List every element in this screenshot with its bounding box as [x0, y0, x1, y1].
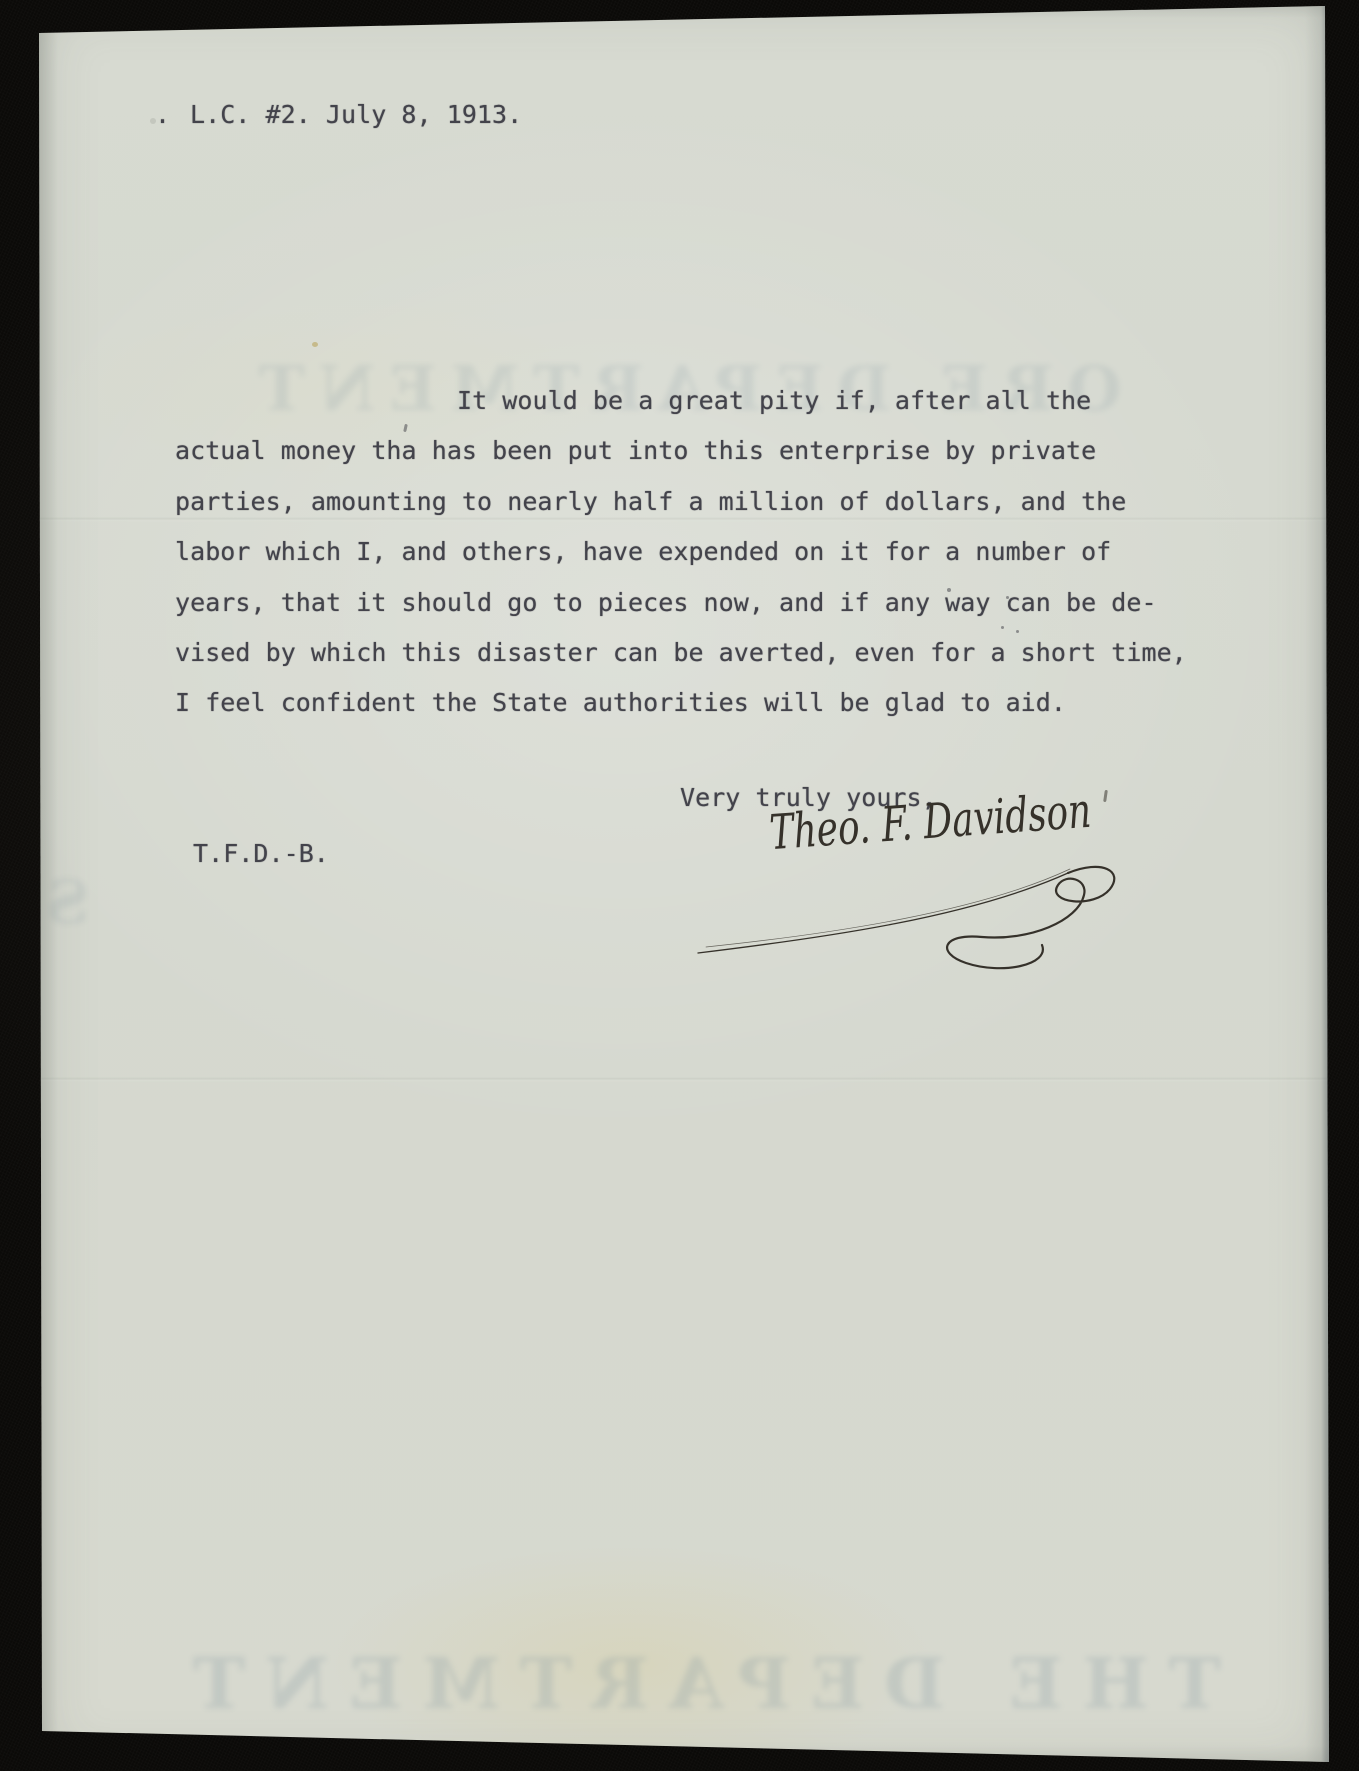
body-line-1: It would be a great pity if, after all t…	[175, 376, 1187, 426]
body-line-5: years, that it should go to pieces now, …	[175, 578, 1187, 628]
photo-backdrop: ORE DEPARTMENT THE DEPARTMENT S . L.C. #…	[0, 0, 1359, 1771]
ink-speck	[1016, 630, 1019, 633]
body-line-4: labor which I, and others, have expended…	[175, 527, 1187, 577]
paper-edge-shading	[38, 0, 1329, 1771]
reference-dot: .	[155, 100, 170, 130]
ink-speck	[1001, 626, 1004, 629]
paper-dimple	[150, 118, 156, 124]
ink-speck	[1006, 596, 1009, 599]
body-line-7: I feel confident the State authorities w…	[175, 678, 1187, 728]
body-line-2: actual money tha has been put into this …	[175, 426, 1187, 476]
bleedthrough-mark-side: S	[46, 868, 89, 938]
body-line-3: parties, amounting to nearly half a mill…	[175, 477, 1187, 527]
letter-body: It would be a great pity if, after all t…	[175, 376, 1187, 729]
ink-speck	[947, 588, 951, 592]
bleedthrough-text-bottom: THE DEPARTMENT	[66, 1642, 1328, 1725]
signature-flourish-underline	[698, 873, 1068, 953]
reference-line: L.C. #2. July 8, 1913.	[190, 100, 522, 130]
body-line-6: vised by which this disaster can be aver…	[175, 628, 1187, 678]
letter-paper: ORE DEPARTMENT THE DEPARTMENT S . L.C. #…	[38, 0, 1329, 1771]
fold-crease-lower	[38, 1078, 1329, 1081]
typist-initials: T.F.D.-B.	[193, 839, 329, 869]
signature: Theo. F. Davidson	[690, 731, 1130, 986]
signature-name: Theo. F. Davidson	[768, 783, 1093, 861]
signature-flourish-loop	[947, 867, 1114, 968]
paper-stain	[312, 342, 318, 347]
